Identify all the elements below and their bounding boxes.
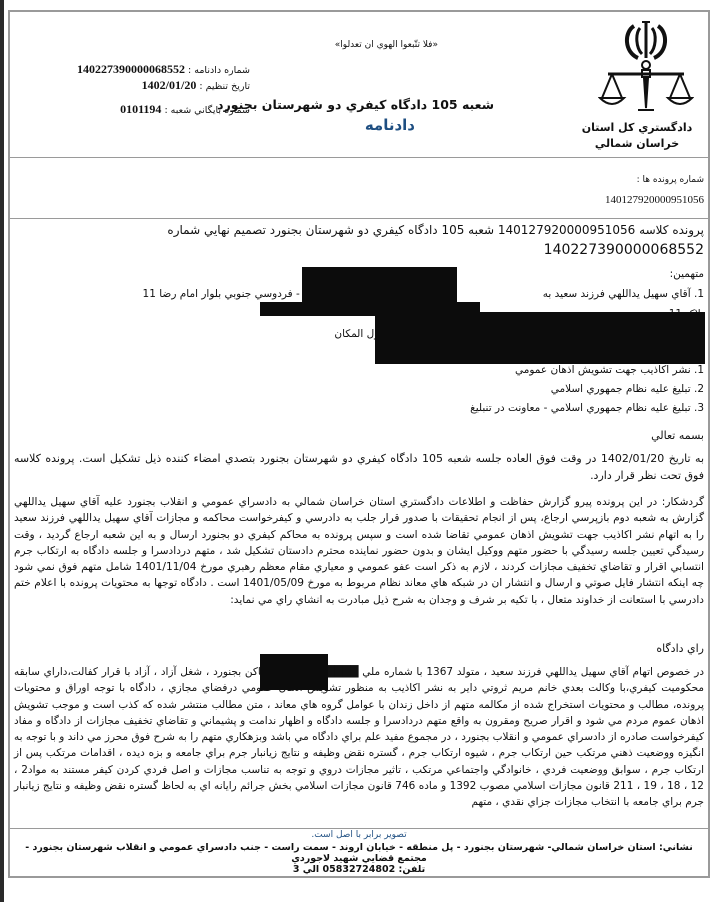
redaction-block	[260, 654, 328, 690]
branch-archive-label: شماره بايگاني شعبه :	[164, 105, 250, 116]
document-footer: تصوير برابر با اصل است. نشاني: استان خرا…	[10, 830, 708, 876]
document-header: دادگستري کل استان خراسان شمالي «فلا تتّب…	[10, 12, 708, 154]
case-history-paragraph: گردشکار: در اين پرونده پيرو گزارش حفاظت …	[14, 494, 704, 608]
verdict-heading: راي دادگاه	[14, 642, 704, 655]
judiciary-emblem-icon	[598, 18, 694, 118]
charge-item: 2. تبليغ عليه نظام جمهوري اسلامي	[14, 380, 704, 399]
verdict-document: دادگستري کل استان خراسان شمالي «فلا تتّب…	[8, 10, 710, 878]
defendant-1-name: آقاي سهيل يداللهي فرزند سعيد به	[543, 288, 691, 300]
case-number: 140127920000951056	[605, 190, 704, 210]
branch-archive-number: 0101194	[120, 102, 161, 116]
document-title: دادنامه	[365, 116, 415, 134]
intro-decision-number: 140227390000068552	[14, 240, 704, 260]
case-numbers: شماره پرونده ها : 140127920000951056	[605, 170, 704, 210]
court-name: شعبه 105 دادگاه کيفري دو شهرستان بجنورد	[217, 97, 494, 112]
session-paragraph: به تاريخ 1402/01/20 در وقت فوق العاده جل…	[14, 450, 704, 484]
defendant-1-index: 1.	[694, 288, 704, 300]
case-intro: پرونده کلاسه 140127920000951056 شعبه 105…	[14, 220, 704, 260]
issue-date: 1402/01/20	[142, 78, 197, 92]
copy-certification: تصوير برابر با اصل است.	[10, 830, 708, 840]
redaction-block	[375, 312, 705, 364]
basmala: بسمه تعالي	[14, 429, 704, 442]
header-divider	[10, 157, 708, 158]
verdict-number: 140227390000068552	[77, 62, 185, 76]
case-numbers-label: شماره پرونده ها :	[605, 170, 704, 190]
scan-edge	[0, 0, 4, 902]
issue-date-label: تاريخ تنظيم :	[199, 81, 250, 92]
document-meta: شماره دادنامه : 140227390000068552 تاريخ…	[70, 62, 250, 118]
branch-archive-row: شماره بايگاني شعبه : 0101194	[70, 102, 250, 118]
court-address: نشاني: استان خراسان شمالي- شهرستان بجنور…	[10, 842, 708, 864]
issue-date-row: تاريخ تنظيم : 1402/01/20	[70, 78, 250, 94]
court-phone: تلفن: 05832724802 الي 3	[10, 864, 708, 875]
cases-divider	[10, 218, 708, 219]
verdict-number-label: شماره دادنامه :	[188, 65, 250, 76]
intro-line: پرونده کلاسه 140127920000951056 شعبه 105…	[14, 220, 704, 240]
verdict-paragraph: در خصوص اتهام آقاي سهيل يداللهي فرزند سع…	[14, 664, 704, 811]
footer-divider	[10, 828, 708, 829]
header-verse: «فلا تتّبعوا الهوي ان تعدلوا»	[335, 40, 438, 50]
charge-item: 3. تبليغ عليه نظام جمهوري اسلامي - معاون…	[14, 399, 704, 418]
organization-name: دادگستري کل استان خراسان شمالي	[572, 120, 702, 152]
verdict-number-row: شماره دادنامه : 140227390000068552	[70, 62, 250, 78]
